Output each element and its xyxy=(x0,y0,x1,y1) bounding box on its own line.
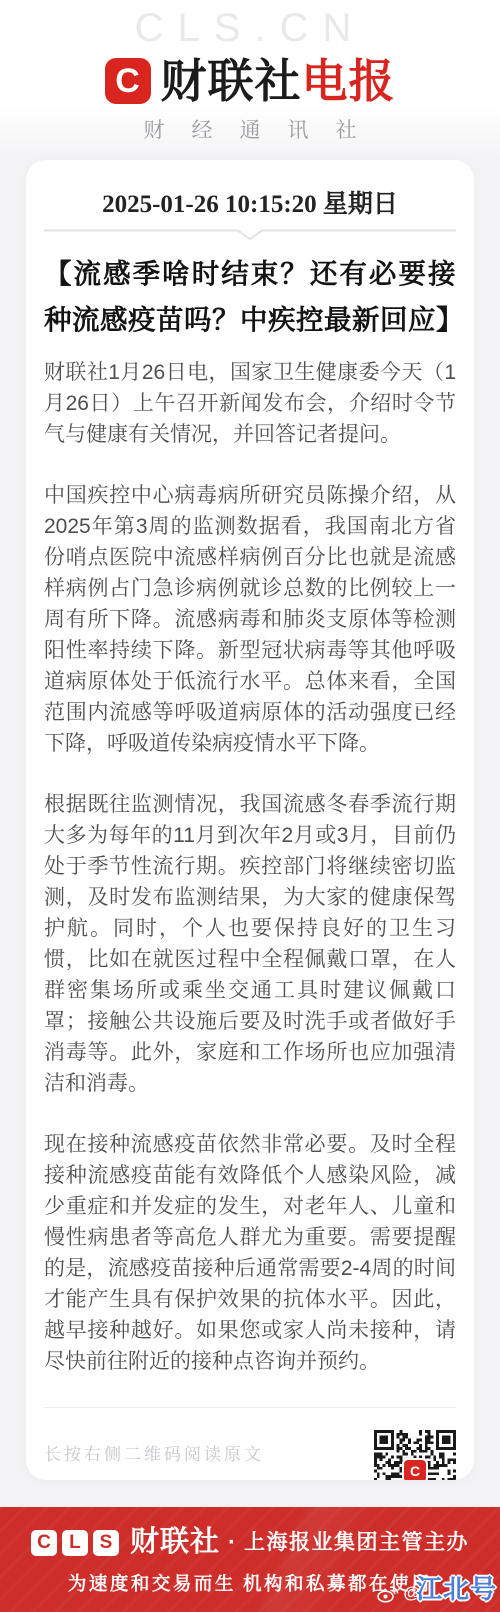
cls-c-logo-icon: C xyxy=(105,58,151,104)
qr-hints: 长按右侧二维码阅读原文 准确 快速 权威 专业 xyxy=(44,1440,264,1481)
article-paragraph: 根据既往监测情况，我国流感冬春季流行期大多为每年的11月到次年2月或3月，目前仍… xyxy=(44,789,456,1099)
qr-section: 长按右侧二维码阅读原文 准确 快速 权威 专业 C xyxy=(44,1430,456,1480)
brand-logo: C 财联社 电报 xyxy=(0,58,500,104)
site-watermark: CLS.CN xyxy=(0,6,500,51)
brand-logo-text: 财联社 电报 xyxy=(161,58,396,104)
reposter-watermark: 江北号 xyxy=(416,1569,497,1606)
weibo-handle: @ xyxy=(377,1583,420,1603)
brand-name-red: 电报 xyxy=(302,58,396,104)
article-title: 【流感季啥时结束？还有必要接种流感疫苗吗？中疾控最新回应】 xyxy=(44,251,456,343)
bottom-bar-separator: · xyxy=(228,1531,236,1555)
footer-divider xyxy=(44,1407,456,1408)
article-body: 财联社1月26日电，国家卫生健康委今天（1月26日）上午召开新闻发布会，介绍时令… xyxy=(44,357,456,1377)
bottom-bar-brand-row: C L S 财联社 · 上海报业集团主管主办 xyxy=(0,1528,500,1557)
date-divider-notch xyxy=(44,229,456,241)
bottom-bar-brand-name: 财联社 xyxy=(130,1528,220,1557)
brand-subtitle: 财经通讯社 xyxy=(0,114,500,144)
bottom-brand-bar: C L S 财联社 · 上海报业集团主管主办 为速度和交易而生 机构和私募都在使… xyxy=(0,1507,500,1612)
cls-letter-box-c: C xyxy=(31,1530,57,1556)
cls-letter-boxes: C L S xyxy=(31,1530,119,1556)
article-paragraph: 财联社1月26日电，国家卫生健康委今天（1月26日）上午召开新闻发布会，介绍时令… xyxy=(44,357,456,450)
article-card: 2025-01-26 10:15:20 星期日 【流感季啥时结束？还有必要接种流… xyxy=(26,160,474,1480)
qr-hint-line2: 准确 快速 权威 专业 xyxy=(44,1478,264,1481)
brand-subtitle-text: 财经通讯社 xyxy=(144,114,384,144)
cls-letter-box-s: S xyxy=(93,1530,119,1556)
qr-center-c-logo-icon: C xyxy=(402,1458,428,1480)
weibo-icon xyxy=(377,1584,399,1603)
qr-hint-line1: 长按右侧二维码阅读原文 xyxy=(44,1440,264,1465)
article-paragraph: 中国疾控中心病毒病所研究员陈操介绍，从2025年第3周的监测数据看，我国南北方省… xyxy=(44,480,456,759)
cls-letter-box-l: L xyxy=(62,1530,88,1556)
brand-name-black: 财联社 xyxy=(161,58,302,104)
article-datetime: 2025-01-26 10:15:20 星期日 xyxy=(44,184,456,220)
article-paragraph: 现在接种流感疫苗依然非常必要。及时全程接种流感疫苗能有效降低个人感染风险，减少重… xyxy=(44,1129,456,1377)
qr-code[interactable]: C xyxy=(374,1430,456,1480)
bottom-bar-organization: 上海报业集团主管主办 xyxy=(244,1532,469,1553)
